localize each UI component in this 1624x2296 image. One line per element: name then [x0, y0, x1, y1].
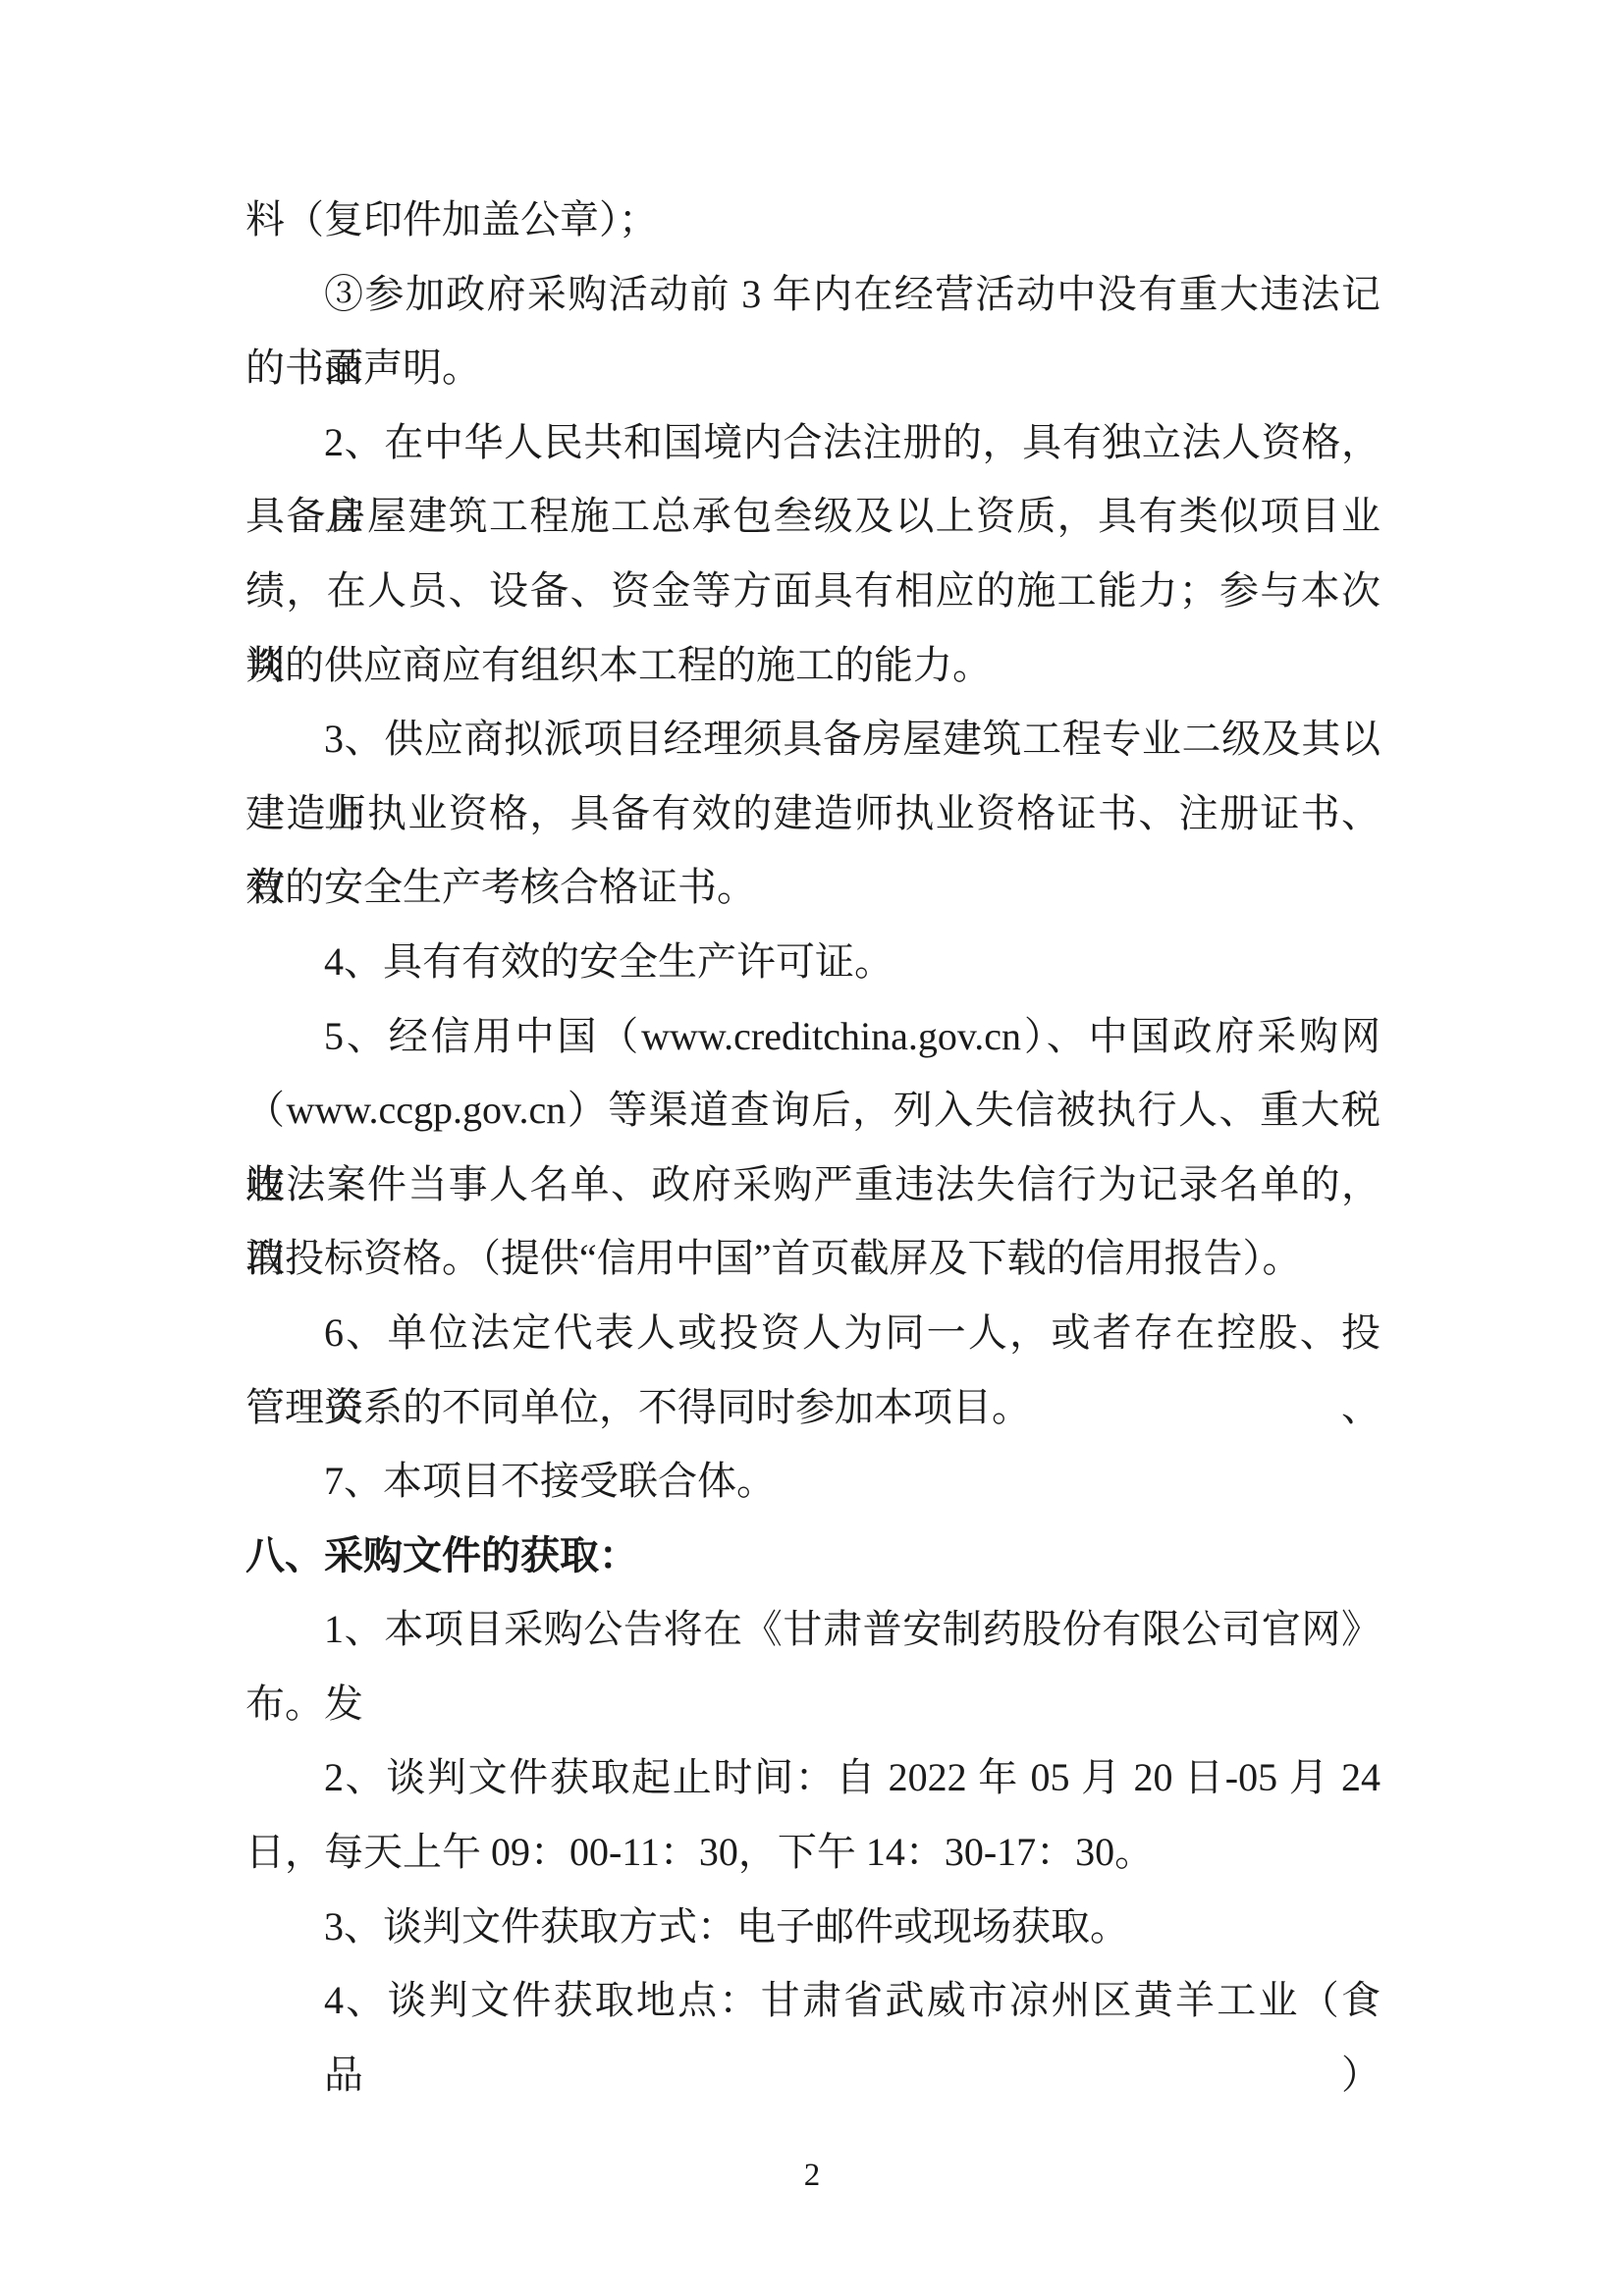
doc-line-24: 3、谈判文件获取方式：电子邮件或现场获取。 [245, 1890, 1380, 1964]
doc-line-12: 5、经信用中国（www.creditchina.gov.cn）、中国政府采购网 [245, 999, 1380, 1074]
doc-line-21: 布。 [245, 1667, 1380, 1741]
doc-line-14: 违法案件当事人名单、政府采购严重违法失信行为记录名单的，取 [245, 1148, 1380, 1222]
doc-line-11: 4、具有有效的安全生产许可证。 [245, 925, 1380, 999]
doc-line-07: 判的供应商应有组织本工程的施工的能力。 [245, 628, 1380, 703]
document-page: 料（复印件加盖公章）； ③参加政府采购活动前 3 年内在经营活动中没有重大违法记… [0, 0, 1624, 2296]
doc-line-02: ③参加政府采购活动前 3 年内在经营活动中没有重大违法记录 [245, 257, 1380, 332]
doc-line-10: 效的安全生产考核合格证书。 [245, 850, 1380, 925]
doc-line-23: 日，每天上午 09：00-11：30，下午 14：30-17：30。 [245, 1815, 1380, 1890]
doc-line-05: 具备房屋建筑工程施工总承包叁级及以上资质，具有类似项目业 [245, 479, 1380, 554]
doc-line-20: 1、本项目采购公告将在《甘肃普安制药股份有限公司官网》发 [245, 1592, 1380, 1667]
doc-line-03: 的书面声明。 [245, 331, 1380, 405]
doc-line-15: 消投标资格。（提供“信用中国”首页截屏及下载的信用报告）。 [245, 1221, 1380, 1296]
doc-line-06: 绩，在人员、设备、资金等方面具有相应的施工能力；参与本次谈 [245, 554, 1380, 628]
doc-line-08: 3、供应商拟派项目经理须具备房屋建筑工程专业二级及其以上 [245, 702, 1380, 776]
doc-line-22: 2、谈判文件获取起止时间：自 2022 年 05 月 20 日-05 月 24 [245, 1740, 1380, 1815]
doc-line-09: 建造师执业资格，具备有效的建造师执业资格证书、注册证书、有 [245, 776, 1380, 851]
doc-line-13: （www.ccgp.gov.cn）等渠道查询后，列入失信被执行人、重大税收 [245, 1073, 1380, 1148]
doc-line-01: 料（复印件加盖公章）； [245, 183, 1380, 257]
page-number: 2 [0, 2156, 1624, 2195]
section-8-heading: 八、采购文件的获取： [245, 1519, 1380, 1593]
doc-line-16: 6、单位法定代表人或投资人为同一人，或者存在控股、投资、 [245, 1296, 1380, 1370]
doc-line-25: 4、谈判文件获取地点：甘肃省武威市凉州区黄羊工业（食品） [245, 1963, 1380, 2038]
document-body: 料（复印件加盖公章）； ③参加政府采购活动前 3 年内在经营活动中没有重大违法记… [245, 183, 1380, 2038]
doc-line-18: 7、本项目不接受联合体。 [245, 1444, 1380, 1519]
doc-line-04: 2、在中华人民共和国境内合法注册的，具有独立法人资格，且 [245, 405, 1380, 480]
